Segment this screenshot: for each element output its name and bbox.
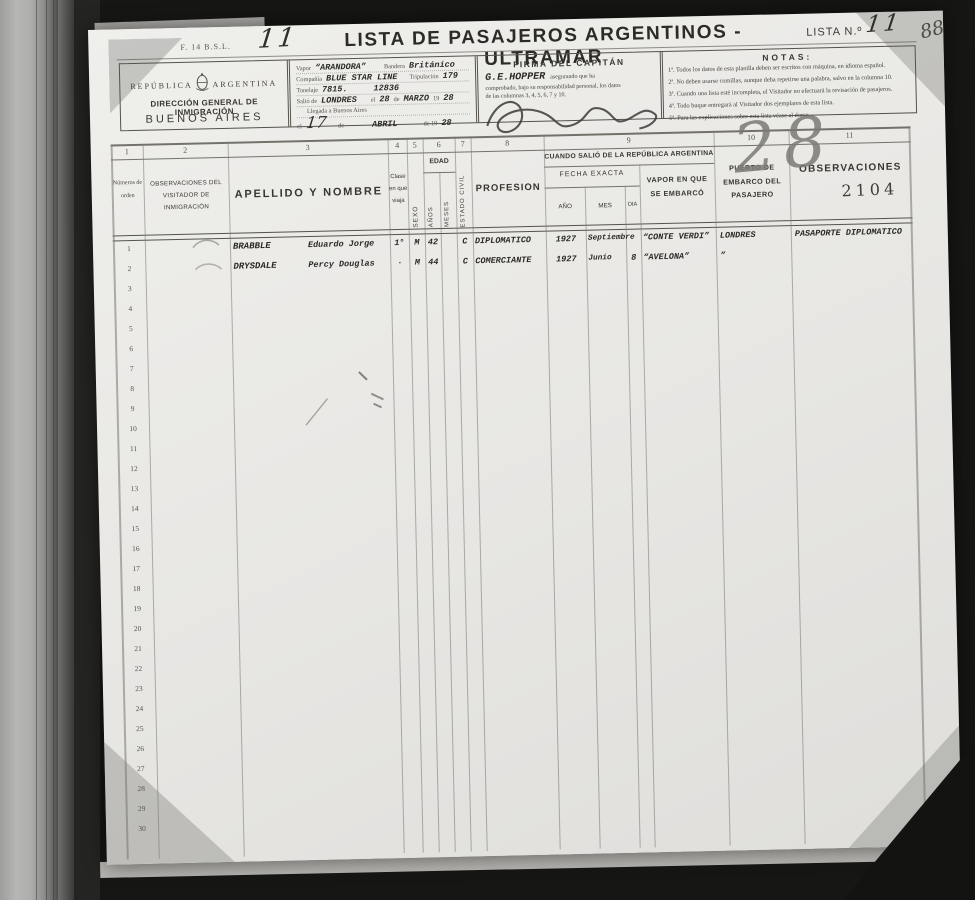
cell-profesion: DIPLOMATICO xyxy=(475,230,546,252)
cell-n: 21 xyxy=(122,639,154,660)
binding-edge xyxy=(58,0,74,900)
col-num-4: 4 xyxy=(388,138,407,153)
cell-nombre: Eduardo Jorge xyxy=(308,233,388,255)
cell-n: 13 xyxy=(118,479,150,500)
cell-dia: 8 xyxy=(626,248,641,268)
col-header-anio: AÑO xyxy=(545,203,585,211)
cell-n: 4 xyxy=(114,299,146,320)
cell-n: 14 xyxy=(119,499,151,520)
passenger-table: 1 2 3 4 5 6 7 8 9 10 11 Números de orden… xyxy=(88,11,962,865)
col-header-edad: EDAD xyxy=(423,158,455,166)
table-grid-line xyxy=(439,172,455,852)
pencil-mark xyxy=(189,233,232,282)
col-num-1: 1 xyxy=(111,144,143,160)
col-header-estado-civil: ESTADO CIVIL xyxy=(459,159,467,227)
cell-n: 2 xyxy=(113,259,145,280)
cell-n: 19 xyxy=(121,599,153,620)
col-header-visitador: OBSERVACIONES DEL VISITADOR DE INMIGRACI… xyxy=(145,177,227,214)
cell-n: 28 xyxy=(125,779,157,800)
col-header-fecha-exacta: FECHA EXACTA xyxy=(544,170,639,179)
cell-n: 29 xyxy=(125,799,157,820)
col-header-numero-orden: Números de orden xyxy=(111,177,144,203)
col-header-mes: MES xyxy=(585,202,625,210)
cell-profesion: COMERCIANTE xyxy=(475,250,546,272)
cell-n: 3 xyxy=(114,279,146,300)
col-header-cuando-salio: CUANDO SALIÓ DE LA REPÚBLICA ARGENTINA xyxy=(544,150,714,161)
cell-vapor: “CONTE VERDI” xyxy=(643,226,716,248)
cell-n: 26 xyxy=(124,739,156,760)
cell-n: 7 xyxy=(115,359,147,380)
ink-scratch xyxy=(301,363,413,445)
col-header-dia: DIA xyxy=(625,202,640,208)
binding-crease xyxy=(46,0,47,900)
cell-n: 1 xyxy=(113,239,145,260)
cell-n: 17 xyxy=(120,559,152,580)
cell-puerto: LONDRES xyxy=(720,224,791,246)
col-header-apellido-nombre: APELLIDO Y NOMBRE xyxy=(229,185,389,201)
cell-n: 15 xyxy=(119,519,151,540)
cell-n: 12 xyxy=(118,459,150,480)
cell-sexo: M xyxy=(409,252,425,272)
cell-vapor: “AVELONA” xyxy=(643,246,716,268)
stamp-number: 2104 xyxy=(824,179,915,202)
cell-apellido: BRABBLE xyxy=(233,235,306,257)
cell-anio: 1927 xyxy=(546,249,586,270)
cell-n: 18 xyxy=(120,579,152,600)
cell-n: 24 xyxy=(123,699,155,720)
handwritten-sheet-number: 28 xyxy=(729,102,836,190)
col-header-sexo: SEXO xyxy=(411,173,419,228)
col-num-6: 6 xyxy=(423,137,455,153)
col-num-5: 5 xyxy=(407,137,423,152)
cell-n: 25 xyxy=(124,719,156,740)
col-num-7: 7 xyxy=(455,136,471,151)
cell-apellido: DRYSDALE xyxy=(233,255,306,277)
cell-estado: C xyxy=(457,251,473,271)
table-grid-line xyxy=(585,187,601,849)
cell-n: 5 xyxy=(115,319,147,340)
col-header-vapor-embarco: VAPOR EN QUE SE EMBARCÓ xyxy=(641,172,713,201)
cell-n: 8 xyxy=(116,379,148,400)
col-header-meses: MESES xyxy=(443,177,450,227)
cell-n: 10 xyxy=(117,419,149,440)
col-header-clase: Clase en que viaja xyxy=(388,171,408,207)
cell-n: 16 xyxy=(120,539,152,560)
col-header-profesion: PROFESION xyxy=(472,182,545,195)
cell-sexo: M xyxy=(409,232,425,252)
document-page: F. 14 B.S.L. 11 LISTA DE PASAJEROS ARGEN… xyxy=(88,11,962,865)
col-num-8: 8 xyxy=(471,135,544,152)
cell-nombre: Percy Douglas xyxy=(308,253,388,275)
binding-crease xyxy=(53,0,54,900)
binding-crease xyxy=(36,0,37,900)
cell-mes: Septiembre xyxy=(588,228,638,249)
cell-clase: · xyxy=(390,253,409,273)
scanned-passenger-list: F. 14 B.S.L. 11 LISTA DE PASAJEROS ARGEN… xyxy=(0,0,975,900)
cell-clase: 1° xyxy=(390,233,409,253)
cell-obs: PASAPORTE DIPLOMATICO xyxy=(795,221,913,244)
table-grid-line xyxy=(625,186,641,848)
cell-n: 30 xyxy=(126,819,158,840)
cell-n: 23 xyxy=(123,679,155,700)
book-binding-pages xyxy=(0,0,58,900)
col-header-anios: AÑOS xyxy=(427,177,434,227)
cell-n: 27 xyxy=(125,759,157,780)
cell-estado: C xyxy=(457,231,473,251)
cell-anio: 1927 xyxy=(546,229,586,250)
cell-anios: 44 xyxy=(425,252,441,272)
cell-n: 6 xyxy=(115,339,147,360)
cell-n: 11 xyxy=(117,439,149,460)
col-num-2: 2 xyxy=(143,142,228,159)
cell-n: 9 xyxy=(116,399,148,420)
cell-anios: 42 xyxy=(425,232,441,252)
cell-puerto: ” xyxy=(720,244,791,266)
col9-band-rule xyxy=(544,163,714,168)
cell-n: 20 xyxy=(121,619,153,640)
cell-n: 22 xyxy=(122,659,154,680)
